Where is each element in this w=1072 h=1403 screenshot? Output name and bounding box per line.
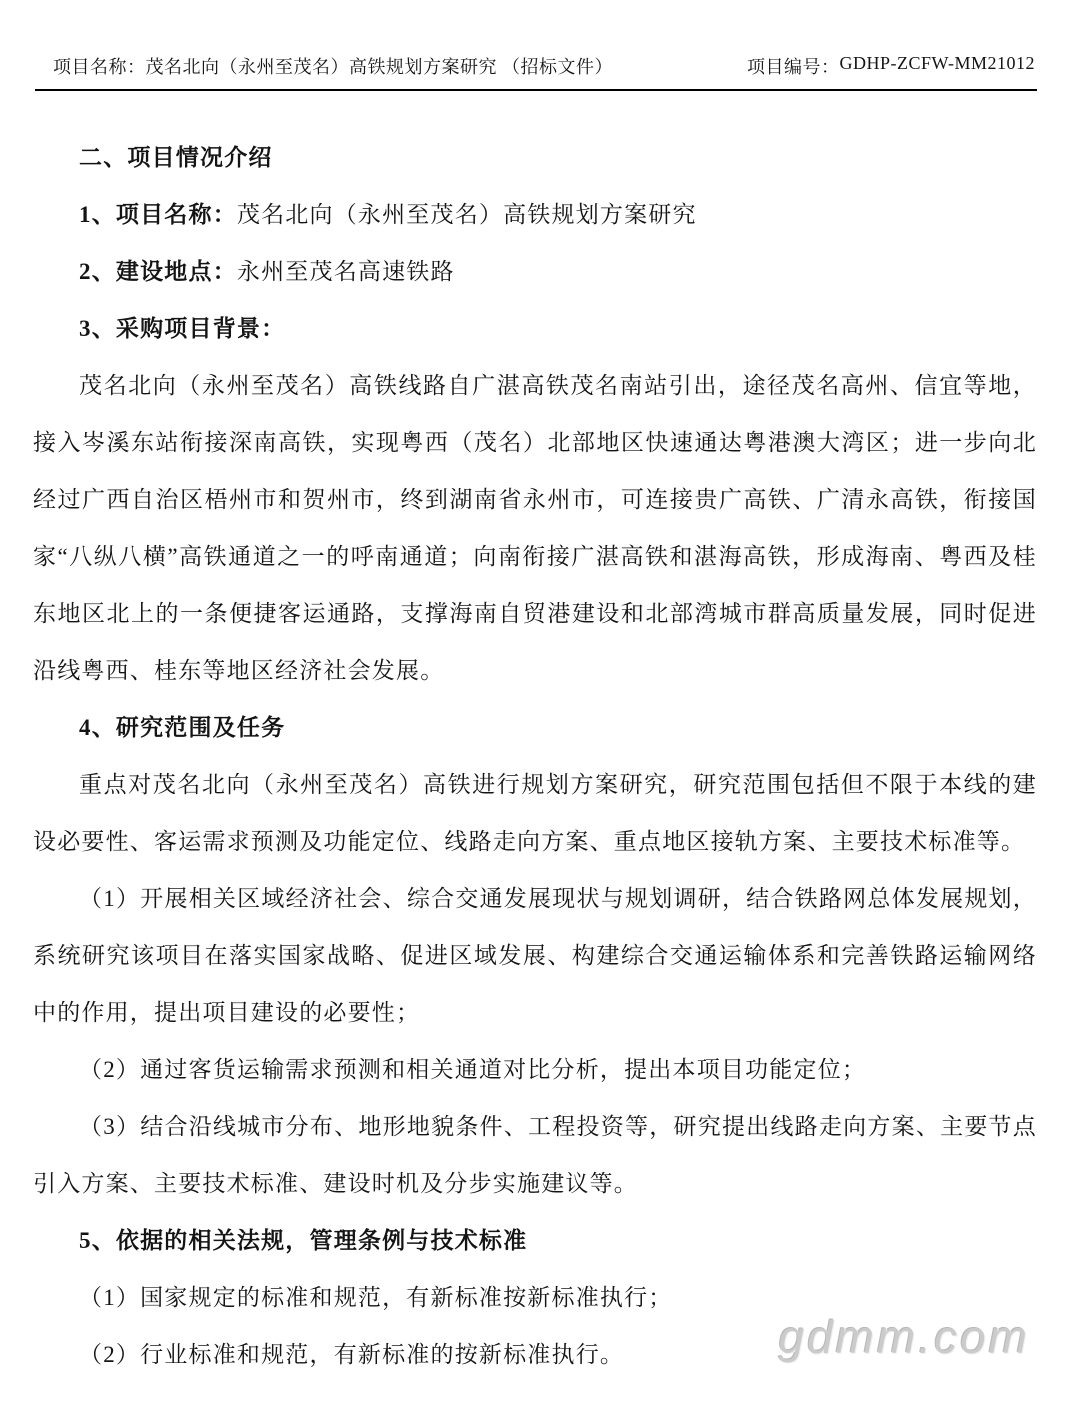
page-header: 项目名称： 茂名北向（永州至茂名）高铁规划方案研究 （招标文件） 项目编号： G…: [35, 0, 1037, 91]
project-number-value: GDHP-ZCFW-MM21012: [839, 53, 1035, 79]
item-construction-site-label: 2、建设地点：: [79, 259, 237, 284]
watermark: gdmm.com: [779, 1314, 1030, 1360]
project-name-value: 茂名北向（永州至茂名）高铁规划方案研究 （招标文件）: [146, 53, 614, 79]
item-construction-site-value: 永州至茂名高速铁路: [237, 259, 455, 284]
scope-paragraph: 重点对茂名北向（永州至茂名）高铁进行规划方案研究，研究范围包括但不限于本线的建设…: [33, 756, 1037, 870]
project-name-label: 项目名称：: [53, 53, 146, 79]
project-name-header: 项目名称： 茂名北向（永州至茂名）高铁规划方案研究 （招标文件）: [53, 53, 613, 79]
item-project-name-value: 茂名北向（永州至茂名）高铁规划方案研究: [237, 202, 697, 227]
project-number-label: 项目编号：: [747, 53, 840, 79]
scope-item-1: （1）开展相关区域经济社会、综合交通发展现状与规划调研，结合铁路网总体发展规划，…: [33, 870, 1037, 1041]
item-background-heading: 3、采购项目背景：: [33, 300, 1037, 357]
document-body: 二、项目情况介绍 1、项目名称：茂名北向（永州至茂名）高铁规划方案研究 2、建设…: [33, 129, 1037, 1383]
background-paragraph: 茂名北向（永州至茂名）高铁线路自广湛高铁茂名南站引出，途径茂名高州、信宜等地，接…: [33, 357, 1037, 699]
item-construction-site: 2、建设地点：永州至茂名高速铁路: [33, 243, 1037, 300]
scope-item-3: （3）结合沿线城市分布、地形地貌条件、工程投资等，研究提出线路走向方案、主要节点…: [33, 1098, 1037, 1212]
item-project-name-label: 1、项目名称：: [79, 202, 237, 227]
section-title: 二、项目情况介绍: [33, 129, 1037, 186]
item-scope-heading: 4、研究范围及任务: [33, 699, 1037, 756]
item-legal-heading: 5、依据的相关法规，管理条例与技术标准: [33, 1212, 1037, 1269]
project-number-header: 项目编号： GDHP-ZCFW-MM21012: [747, 53, 1035, 79]
scope-item-2: （2）通过客货运输需求预测和相关通道对比分析，提出本项目功能定位；: [33, 1041, 1037, 1098]
item-project-name: 1、项目名称：茂名北向（永州至茂名）高铁规划方案研究: [33, 186, 1037, 243]
